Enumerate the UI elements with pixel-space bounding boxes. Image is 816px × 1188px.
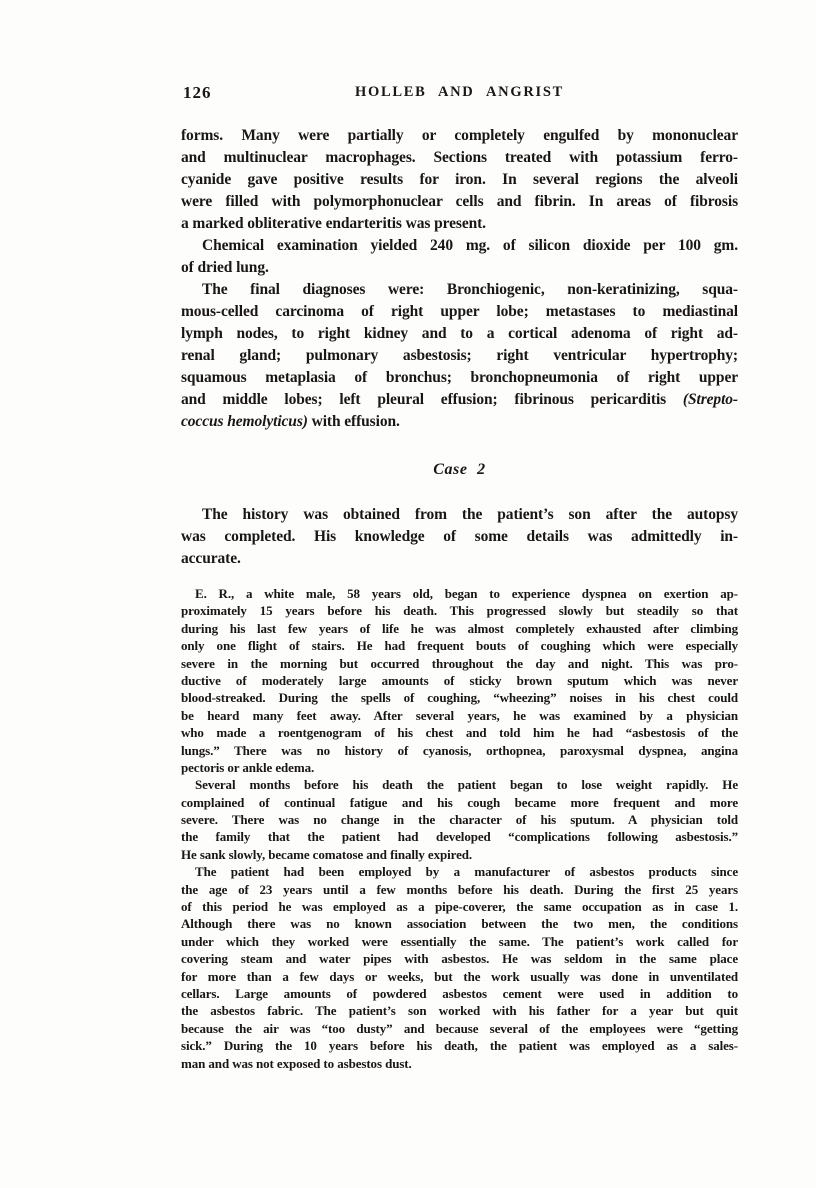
text-line: only one flight of stairs. He had freque… <box>181 637 738 654</box>
text-line: sick.” During the 10 years before his de… <box>181 1037 738 1054</box>
paragraph: Chemical examination yielded 240 mg. of … <box>181 235 738 279</box>
page-header: 126 HOLLEB AND ANGRIST <box>181 84 738 104</box>
text-line: of dried lung. <box>181 257 738 279</box>
paragraph: forms. Many were partially or completely… <box>181 125 738 235</box>
text-line: under which they worked were essentially… <box>181 933 738 950</box>
text-line: for more than a few days or weeks, but t… <box>181 968 738 985</box>
paragraph: The final diagnoses were: Bronchiogenic,… <box>181 279 738 433</box>
text-line: squamous metaplasia of bronchus; broncho… <box>181 367 738 389</box>
text-line: The final diagnoses were: Bronchiogenic,… <box>181 279 738 301</box>
text-line: Several months before his death the pati… <box>181 776 738 793</box>
text-line: of this period he was employed as a pipe… <box>181 898 738 915</box>
page-body: forms. Many were partially or completely… <box>181 125 738 1072</box>
text-line: the family that the patient had develope… <box>181 828 738 845</box>
text-line: were filled with polymorphonuclear cells… <box>181 191 738 213</box>
text-line: He sank slowly, became comatose and fina… <box>181 846 738 863</box>
text-line: E. R., a white male, 58 years old, began… <box>181 585 738 602</box>
text-line: the asbestos fabric. The patient’s son w… <box>181 1002 738 1019</box>
text-line: forms. Many were partially or completely… <box>181 125 738 147</box>
text-line: The history was obtained from the patien… <box>181 504 738 526</box>
text-line: and middle lobes; left pleural effusion;… <box>181 389 738 411</box>
text-line: renal gland; pulmonary asbestosis; right… <box>181 345 738 367</box>
text-line: mous-celled carcinoma of right upper lob… <box>181 301 738 323</box>
italic-text: (Strepto- <box>683 391 738 408</box>
text-line: a marked obliterative endarteritis was p… <box>181 213 738 235</box>
text-column: 126 HOLLEB AND ANGRIST forms. Many were … <box>181 84 738 1072</box>
scanned-paper-page: 126 HOLLEB AND ANGRIST forms. Many were … <box>0 0 816 1188</box>
text-segment: with effusion. <box>308 413 400 430</box>
paragraph: The patient had been employed by a manuf… <box>181 863 738 1072</box>
text-line: severe in the morning but occurred throu… <box>181 655 738 672</box>
text-line: during his last few years of life he was… <box>181 620 738 637</box>
paragraph: Several months before his death the pati… <box>181 776 738 863</box>
text-line: proximately 15 years before his death. T… <box>181 602 738 619</box>
paragraph: The history was obtained from the patien… <box>181 504 738 570</box>
text-line: cyanide gave positive results for iron. … <box>181 169 738 191</box>
paragraph: E. R., a white male, 58 years old, began… <box>181 585 738 776</box>
text-segment: and middle lobes; left pleural effusion;… <box>181 391 683 408</box>
text-line: the age of 23 years until a few months b… <box>181 881 738 898</box>
text-line: Chemical examination yielded 240 mg. of … <box>181 235 738 257</box>
text-line: blood-streaked. During the spells of cou… <box>181 689 738 706</box>
text-line: lymph nodes, to right kidney and to a co… <box>181 323 738 345</box>
italic-text: coccus hemolyticus) <box>181 413 308 430</box>
text-line: man and was not exposed to asbestos dust… <box>181 1055 738 1072</box>
text-line: was completed. His knowledge of some det… <box>181 526 738 548</box>
case-heading: Case 2 <box>181 459 738 481</box>
text-line: who made a roentgenogram of his chest an… <box>181 724 738 741</box>
text-line: be heard many feet away. After several y… <box>181 707 738 724</box>
text-line: lungs.” There was no history of cyanosis… <box>181 742 738 759</box>
text-line: severe. There was no change in the chara… <box>181 811 738 828</box>
page-number: 126 <box>183 83 212 103</box>
running-title: HOLLEB AND ANGRIST <box>181 84 738 101</box>
text-line: Although there was no known association … <box>181 915 738 932</box>
text-line: The patient had been employed by a manuf… <box>181 863 738 880</box>
text-line: pectoris or ankle edema. <box>181 759 738 776</box>
text-line: cellars. Large amounts of powdered asbes… <box>181 985 738 1002</box>
text-line: because the air was “too dusty” and beca… <box>181 1020 738 1037</box>
text-line: accurate. <box>181 548 738 570</box>
text-line: and multinuclear macrophages. Sections t… <box>181 147 738 169</box>
text-line: covering steam and water pipes with asbe… <box>181 950 738 967</box>
text-line: complained of continual fatigue and his … <box>181 794 738 811</box>
text-line: ductive of moderately large amounts of s… <box>181 672 738 689</box>
text-line: coccus hemolyticus) with effusion. <box>181 411 738 433</box>
